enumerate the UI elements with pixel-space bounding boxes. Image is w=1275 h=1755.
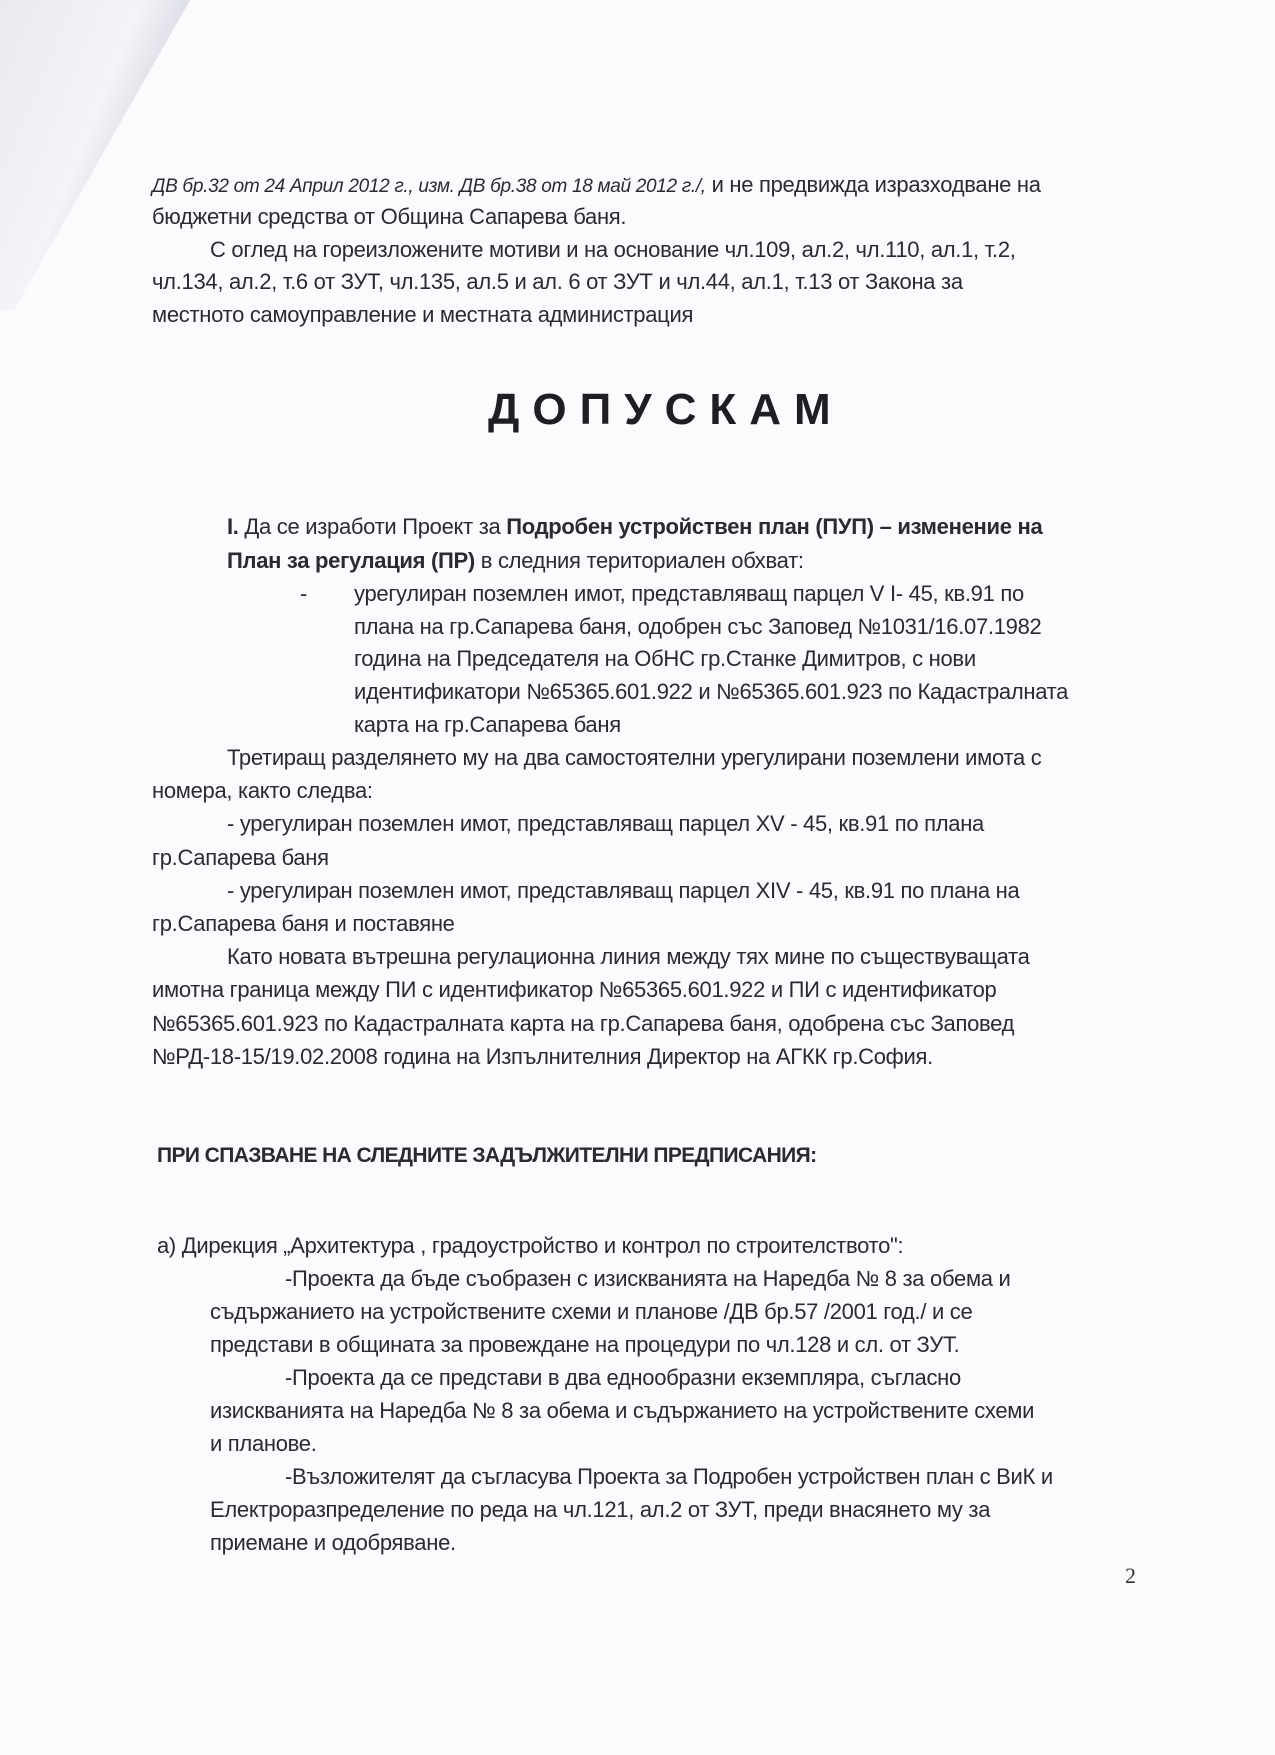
requirement-a-title: а) Дирекция „Архитектура , градоустройст… xyxy=(157,1233,903,1259)
requirements-heading: ПРИ СПАЗВАНЕ НА СЛЕДНИТЕ ЗАДЪЛЖИТЕЛНИ ПР… xyxy=(157,1143,817,1169)
paragraph-line: гр.Сапарева баня xyxy=(152,845,329,871)
gazette-reference: ДВ бр.32 от 24 Април 2012 г., изм. ДВ бр… xyxy=(152,176,706,197)
decision-title: ДОПУСКАМ xyxy=(488,385,844,435)
paragraph-line: ДВ бр.32 от 24 Април 2012 г., изм. ДВ бр… xyxy=(152,172,1135,200)
paragraph-line: плана на гр.Сапарева баня, одобрен със З… xyxy=(354,614,1041,640)
paragraph-line: -Проекта да бъде съобразен с изискваният… xyxy=(285,1266,1011,1292)
paragraph-line: С оглед на гореизложените мотиви и на ос… xyxy=(210,237,1016,263)
paragraph-line: -Проекта да се представи в два еднообраз… xyxy=(285,1365,961,1391)
paragraph-line: №65365.601.923 по Кадастралната карта на… xyxy=(152,1011,1014,1037)
paragraph-line: местното самоуправление и местната админ… xyxy=(152,302,693,328)
page-number: 2 xyxy=(1125,1563,1136,1589)
paragraph-line: Електроразпределение по реда на чл.121, … xyxy=(210,1497,990,1523)
paragraph-line: имотна граница между ПИ с идентификатор … xyxy=(152,977,997,1003)
paragraph-line: гр.Сапарева баня и поставяне xyxy=(152,911,455,937)
section-number: I. xyxy=(227,514,239,539)
paragraph-line: -Възложителят да съгласува Проекта за По… xyxy=(285,1464,1053,1490)
paragraph-line: урегулиран поземлен имот, представляващ … xyxy=(354,581,1024,607)
paragraph-line: и планове. xyxy=(210,1431,317,1457)
paragraph-line: номера, както следва: xyxy=(152,778,373,804)
paragraph-line: представи в общината за провеждане на пр… xyxy=(210,1332,959,1358)
document-page: ДВ бр.32 от 24 Април 2012 г., изм. ДВ бр… xyxy=(0,0,1275,1755)
paragraph-line: карта на гр.Сапарева баня xyxy=(354,712,621,738)
bullet-marker: - xyxy=(300,581,307,607)
paragraph-line: приемане и одобряване. xyxy=(210,1530,456,1556)
paragraph-line: година на Председателя на ОбНС гр.Станке… xyxy=(354,646,976,672)
section-1-line-2: План за регулация (ПР) в следния територ… xyxy=(227,548,804,574)
section-1-line-1: I. Да се изработи Проект за Подробен уст… xyxy=(227,514,1042,540)
paragraph-line: №РД-18-15/19.02.2008 година на Изпълните… xyxy=(152,1044,933,1070)
paragraph-line: идентификатори №65365.601.922 и №65365.6… xyxy=(354,679,1068,705)
paragraph-line: Третиращ разделянето му на два самостоят… xyxy=(227,745,1041,771)
paragraph-line: - урегулиран поземлен имот, представлява… xyxy=(227,811,984,837)
paragraph-line: изискванията на Наредба № 8 за обема и с… xyxy=(210,1398,1034,1424)
paragraph-line: бюджетни средства от Община Сапарева бан… xyxy=(152,204,626,230)
paragraph-line: Като новата вътрешна регулационна линия … xyxy=(227,944,1030,970)
paragraph-line: чл.134, ал.2, т.6 от ЗУТ, чл.135, ал.5 и… xyxy=(152,269,963,295)
paragraph-line: съдържанието на устройствените схеми и п… xyxy=(210,1299,972,1325)
paragraph-line: - урегулиран поземлен имот, представлява… xyxy=(227,878,1019,904)
